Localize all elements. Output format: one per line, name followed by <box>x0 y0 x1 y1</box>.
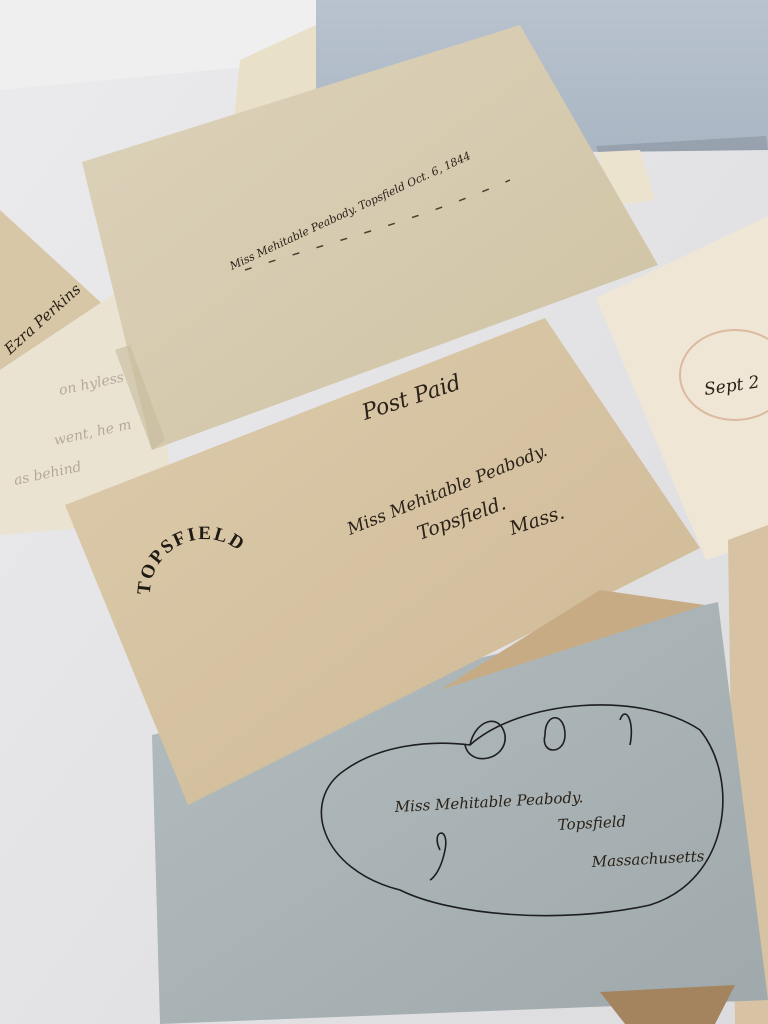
letters-photo: on hyless went, he m as behind Ezra Perk… <box>0 0 768 1024</box>
photo-scene: on hyless went, he m as behind Ezra Perk… <box>0 0 768 1024</box>
blue-town: Topsfield <box>557 812 626 834</box>
